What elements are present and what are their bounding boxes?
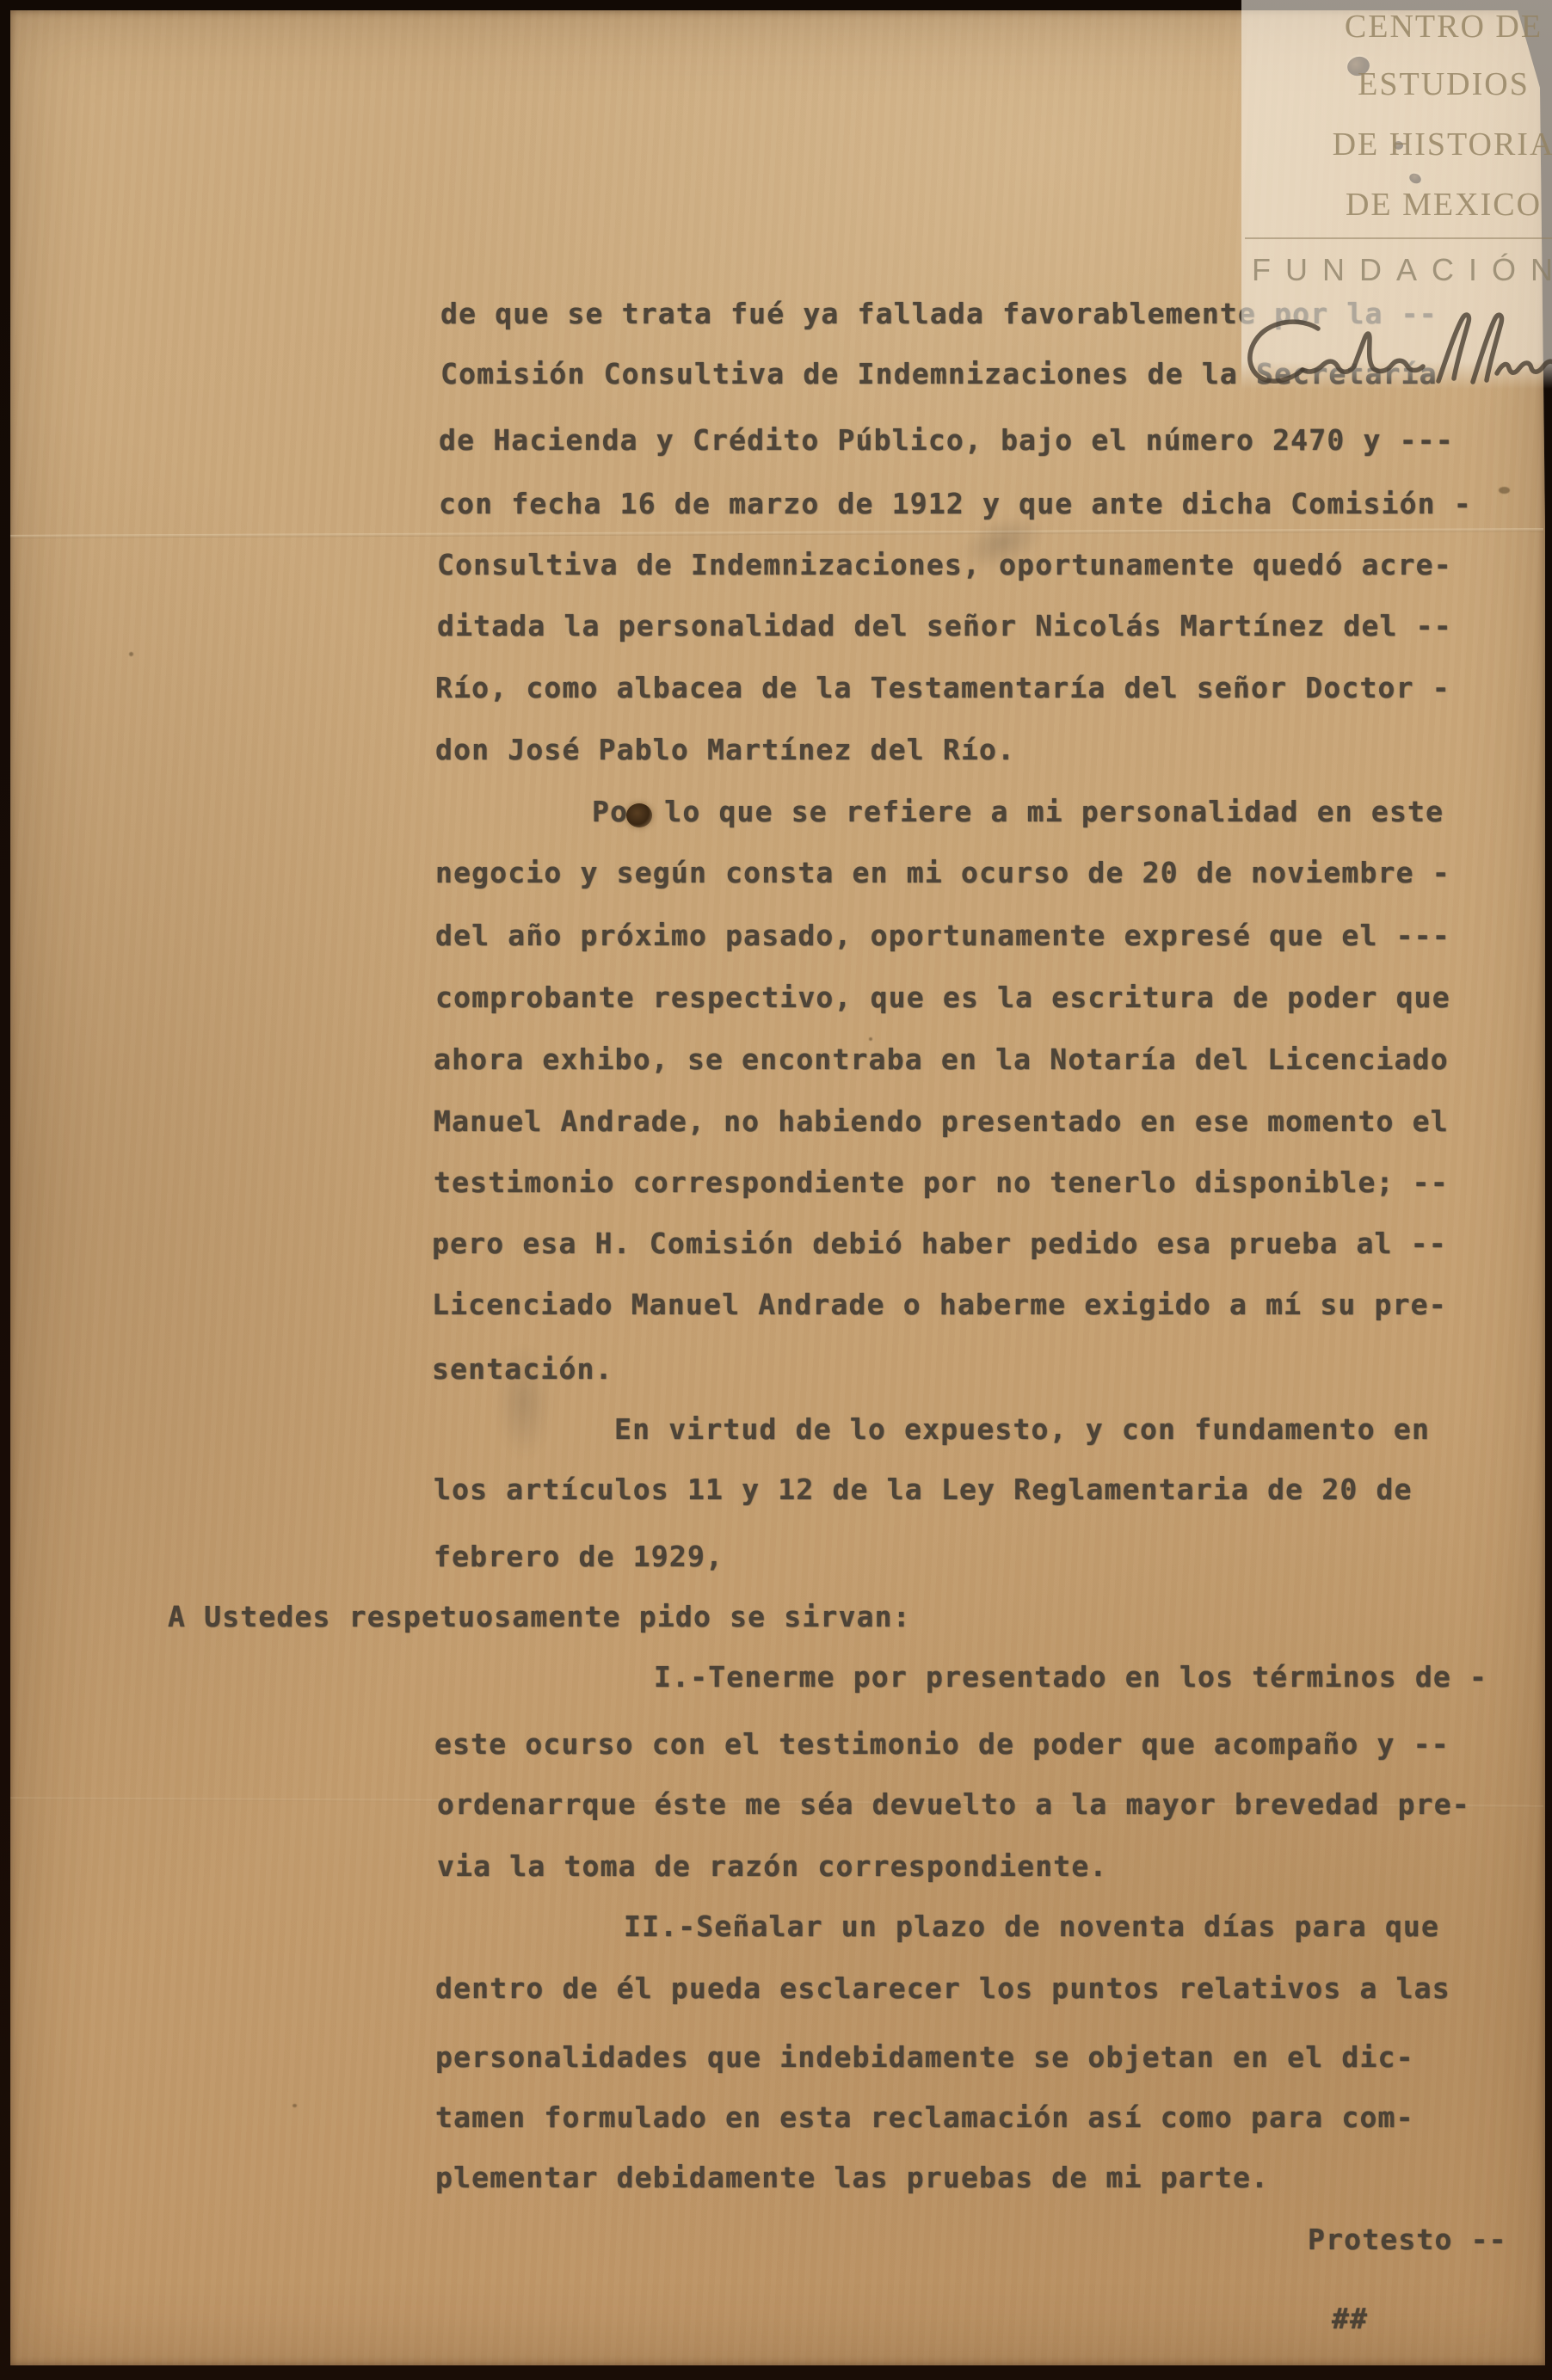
typed-line: A Ustedes respetuosamente pido se sirvan…	[168, 1600, 911, 1634]
stamp-line: ESTUDIOS	[1241, 64, 1552, 105]
typed-line: Manuel Andrade, no habiendo presentado e…	[434, 1104, 1449, 1139]
typed-line: tamen formulado en esta reclamación así …	[435, 2100, 1414, 2135]
typed-line: ahora exhibo, se encontraba en la Notarí…	[434, 1042, 1449, 1077]
paper-speck	[869, 1037, 872, 1041]
typed-line: sentación.	[432, 1352, 613, 1387]
typed-line: don José Pablo Martínez del Río.	[435, 733, 1015, 767]
stamp-line: CENTRO DE	[1241, 6, 1552, 47]
typed-line: En virtud de lo expuesto, y con fundamen…	[614, 1412, 1430, 1447]
typed-line: Río, como albacea de la Testamentaría de…	[435, 671, 1450, 705]
typed-line: II.-Señalar un plazo de noventa días par…	[624, 1910, 1439, 1944]
typed-line: con fecha 16 de marzo de 1912 y que ante…	[439, 487, 1472, 521]
typed-line: testimonio correspondiente por no tenerl…	[434, 1165, 1449, 1200]
typed-line: este ocurso con el testimonio de poder q…	[434, 1727, 1450, 1762]
paper-speck	[129, 652, 133, 656]
signature-carlos-slim-icon	[1222, 301, 1552, 400]
typed-line: dentro de él pueda esclarecer los puntos…	[435, 1971, 1450, 2006]
typed-line: ordenarrque éste me séa devuelto a la ma…	[437, 1787, 1470, 1822]
typed-line: personalidades que indebidamente se obje…	[435, 2040, 1414, 2075]
typed-line: febrero de 1929,	[434, 1540, 724, 1574]
foundation-label: FUNDACIÓN	[1252, 253, 1552, 287]
scanned-document-canvas: de que se trata fué ya fallada favorable…	[0, 0, 1552, 2380]
typed-line: comprobante respectivo, que es la escrit…	[435, 981, 1450, 1015]
typed-line: de Hacienda y Crédito Público, bajo el n…	[439, 423, 1454, 458]
typed-line: los artículos 11 y 12 de la Ley Reglamen…	[434, 1473, 1413, 1507]
typed-line: I.-Tenerme por presentado en los término…	[654, 1660, 1487, 1694]
typed-line: del año próximo pasado, oportunamente ex…	[435, 919, 1450, 953]
typed-line: Licenciado Manuel Andrade o haberme exig…	[432, 1288, 1447, 1322]
typed-line: Consultiva de Indemnizaciones, oportunam…	[437, 548, 1452, 582]
typed-line: negocio y según consta en mi ocurso de 2…	[435, 856, 1450, 890]
typed-line: Por lo que se refiere a mi personalidad …	[592, 795, 1444, 829]
stamp-divider-line	[1245, 237, 1552, 239]
typed-line: Protesto --	[1308, 2223, 1507, 2257]
typed-line: via la toma de razón correspondiente.	[437, 1849, 1108, 1884]
paper-speck	[1499, 487, 1510, 494]
stamp-line: DE HISTORIA	[1241, 124, 1552, 165]
typed-line: ##	[1332, 2302, 1368, 2336]
paper-speck	[293, 2104, 297, 2107]
typed-line: plementar debidamente las pruebas de mi …	[435, 2161, 1269, 2195]
stamp-line: DE MEXICO	[1241, 184, 1552, 225]
typed-line: pero esa H. Comisión debió haber pedido …	[432, 1227, 1447, 1261]
ink-blot	[626, 803, 652, 827]
typed-line: ditada la personalidad del señor Nicolás…	[437, 609, 1452, 643]
